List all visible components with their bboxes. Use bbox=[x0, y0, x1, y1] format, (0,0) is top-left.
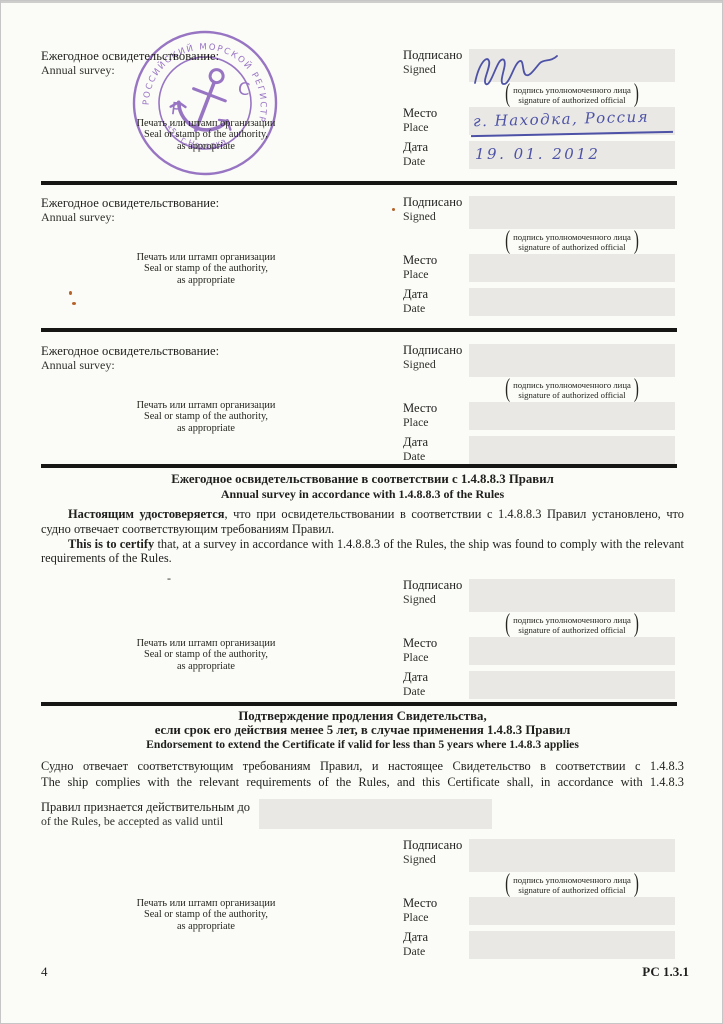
section-divider bbox=[41, 702, 677, 706]
place-label: Место Place bbox=[403, 637, 469, 665]
place-ru: Место bbox=[403, 254, 469, 268]
place-en: Place bbox=[403, 911, 469, 925]
signed-en: Signed bbox=[403, 593, 469, 607]
certify-paragraph-en: This is to certify that, at a survey in … bbox=[41, 537, 684, 567]
sign-block-1: Подписано Signed ( подпись уполномоченно… bbox=[403, 49, 675, 171]
signed-ru: Подписано bbox=[403, 839, 469, 853]
extension-title-ru-1: Подтверждение продления Свидетельства, bbox=[41, 709, 684, 724]
signed-en: Signed bbox=[403, 63, 469, 77]
place-ru: Место bbox=[403, 637, 469, 651]
place-ru: Место bbox=[403, 402, 469, 416]
place-en: Place bbox=[403, 121, 469, 135]
signed-field[interactable] bbox=[469, 344, 675, 377]
place-label: Место Place bbox=[403, 254, 469, 282]
date-ru: Дата bbox=[403, 931, 469, 945]
extension-body-en: The ship complies with the relevant requ… bbox=[41, 775, 684, 791]
place-en: Place bbox=[403, 651, 469, 665]
date-en: Date bbox=[403, 945, 469, 959]
signature-note: ( подпись уполномоченного лица signature… bbox=[469, 876, 675, 895]
seal-hint-en1: Seal or stamp of the authority, bbox=[86, 129, 326, 140]
seal-hint-ru: Печать или штамп организации bbox=[86, 118, 326, 129]
stamp-letter-s: С bbox=[237, 79, 251, 100]
seal-hint-ru: Печать или штамп организации bbox=[86, 400, 326, 411]
place-ru: Место bbox=[403, 107, 469, 121]
signed-label: Подписано Signed bbox=[403, 579, 469, 612]
valid-until-en: of the Rules, be accepted as valid until bbox=[41, 814, 256, 828]
date-ru: Дата bbox=[403, 671, 469, 685]
extension-paragraph: Судно отвечает соответствующим требовани… bbox=[41, 759, 684, 790]
date-label: Дата Date bbox=[403, 931, 469, 959]
extension-title-ru-2: если срок его действия менее 5 лет, в сл… bbox=[41, 723, 684, 738]
paren-close: ) bbox=[633, 611, 640, 641]
date-field[interactable] bbox=[469, 671, 675, 699]
date-ru: Дата bbox=[403, 436, 469, 450]
date-ru: Дата bbox=[403, 288, 469, 302]
place-en: Place bbox=[403, 416, 469, 430]
paren-open: ( bbox=[504, 228, 511, 258]
date-en: Date bbox=[403, 450, 469, 464]
valid-until-ru: Правил признается действительным до bbox=[41, 800, 256, 814]
annual-survey-en: Annual survey: bbox=[41, 210, 301, 224]
seal-hint-5: Печать или штамп организации Seal or sta… bbox=[86, 898, 326, 932]
paren-close: ) bbox=[633, 228, 640, 258]
place-field[interactable] bbox=[469, 637, 675, 665]
sign-note-en: signature of authorized official bbox=[518, 243, 625, 253]
dirt-speck bbox=[69, 291, 72, 295]
place-label: Место Place bbox=[403, 897, 469, 925]
seal-hint-en2: as appropriate bbox=[86, 141, 326, 152]
date-ru: Дата bbox=[403, 141, 469, 155]
seal-hint-en2: as appropriate bbox=[86, 275, 326, 286]
date-en: Date bbox=[403, 302, 469, 316]
seal-hint-ru: Печать или штамп организации bbox=[86, 638, 326, 649]
seal-hint-en2: as appropriate bbox=[86, 921, 326, 932]
seal-hint-en1: Seal or stamp of the authority, bbox=[86, 411, 326, 422]
paren-close: ) bbox=[633, 376, 640, 406]
seal-hint-en2: as appropriate bbox=[86, 423, 326, 434]
form-code: РС 1.3.1 bbox=[642, 964, 689, 980]
date-label: Дата Date bbox=[403, 288, 469, 316]
date-en: Date bbox=[403, 685, 469, 699]
extension-body-ru: Судно отвечает соответствующим требовани… bbox=[41, 759, 684, 775]
signature-note: ( подпись уполномоченного лица signature… bbox=[469, 381, 675, 400]
signed-ru: Подписано bbox=[403, 344, 469, 358]
seal-hint-ru: Печать или штамп организации bbox=[86, 252, 326, 263]
seal-hint-en1: Seal or stamp of the authority, bbox=[86, 909, 326, 920]
signature-note: ( подпись уполномоченного лица signature… bbox=[469, 233, 675, 252]
sign-note-en: signature of authorized official bbox=[518, 391, 625, 401]
place-label: Место Place bbox=[403, 107, 469, 135]
signed-field[interactable] bbox=[469, 839, 675, 872]
section-divider bbox=[41, 181, 677, 185]
signed-en: Signed bbox=[403, 853, 469, 867]
signature-scribble bbox=[469, 51, 564, 91]
signed-en: Signed bbox=[403, 358, 469, 372]
extension-title-en: Endorsement to extend the Certificate if… bbox=[41, 738, 684, 751]
place-field[interactable] bbox=[469, 254, 675, 282]
sign-block-2: Подписано Signed ( подпись уполномоченно… bbox=[403, 196, 675, 318]
signed-label: Подписано Signed bbox=[403, 49, 469, 82]
dirt-speck bbox=[72, 302, 76, 305]
section-divider bbox=[41, 464, 677, 468]
paren-open: ( bbox=[504, 611, 511, 641]
place-field[interactable] bbox=[469, 402, 675, 430]
annual-survey-ru: Ежегодное освидетельствование: bbox=[41, 196, 301, 210]
sign-block-4: Подписано Signed ( подпись уполномоченно… bbox=[403, 579, 675, 701]
sign-block-3: Подписано Signed ( подпись уполномоченно… bbox=[403, 344, 675, 466]
annual-survey-label-2: Ежегодное освидетельствование: Annual su… bbox=[41, 196, 301, 224]
date-field[interactable] bbox=[469, 436, 675, 464]
valid-until-field[interactable] bbox=[259, 799, 492, 829]
certify-paragraph: Настоящим удостоверяется, что при освиде… bbox=[41, 507, 684, 566]
registry-stamp: РОССИЙСКИЙ МОРСКОЙ РЕГИСТР СУДОХОДСТВА «… bbox=[121, 19, 288, 186]
date-label: Дата Date bbox=[403, 141, 469, 169]
paren-open: ( bbox=[504, 376, 511, 406]
section-title-ru: Ежегодное освидетельствование в соответс… bbox=[41, 472, 684, 487]
signed-label: Подписано Signed bbox=[403, 344, 469, 377]
signed-en: Signed bbox=[403, 210, 469, 224]
annual-survey-ru: Ежегодное освидетельствование: bbox=[41, 344, 301, 358]
certify-paragraph-ru: Настоящим удостоверяется, что при освиде… bbox=[41, 507, 684, 537]
dirt-speck bbox=[392, 208, 395, 211]
date-label: Дата Date bbox=[403, 436, 469, 464]
place-label: Место Place bbox=[403, 402, 469, 430]
signed-label: Подписано Signed bbox=[403, 196, 469, 229]
sign-note-en: signature of authorized official bbox=[518, 626, 625, 636]
stamp-arc-top-text: РОССИЙСКИЙ МОРСКОЙ РЕГИСТР СУДОХОДСТВА bbox=[124, 19, 277, 124]
seal-hint-en2: as appropriate bbox=[86, 661, 326, 672]
signed-ru: Подписано bbox=[403, 196, 469, 210]
page-number: 4 bbox=[41, 964, 48, 980]
date-label: Дата Date bbox=[403, 671, 469, 699]
certify-lead-en: This is to certify bbox=[68, 537, 154, 551]
section-divider bbox=[41, 328, 677, 332]
signed-field[interactable] bbox=[469, 196, 675, 229]
signature-note: ( подпись уполномоченного лица signature… bbox=[469, 616, 675, 635]
valid-until-label: Правил признается действительным до of t… bbox=[41, 800, 256, 828]
date-en: Date bbox=[403, 155, 469, 169]
signed-ru: Подписано bbox=[403, 579, 469, 593]
place-en: Place bbox=[403, 268, 469, 282]
place-field[interactable] bbox=[469, 897, 675, 925]
seal-hint-en1: Seal or stamp of the authority, bbox=[86, 649, 326, 660]
seal-hint-3: Печать или штамп организации Seal or sta… bbox=[86, 400, 326, 434]
sign-note-en: signature of authorized official bbox=[518, 886, 625, 896]
certificate-page: Ежегодное освидетельствование: Annual su… bbox=[0, 0, 723, 1024]
seal-hint-ru: Печать или штамп организации bbox=[86, 898, 326, 909]
certify-lead-ru: Настоящим удостоверяется bbox=[68, 507, 224, 521]
section-title-en: Annual survey in accordance with 1.4.8.8… bbox=[41, 487, 684, 502]
annual-survey-en: Annual survey: bbox=[41, 358, 301, 372]
scan-edge bbox=[1, 1, 722, 3]
seal-hint-2: Печать или штамп организации Seal or sta… bbox=[86, 252, 326, 286]
signed-field[interactable] bbox=[469, 579, 675, 612]
date-field[interactable] bbox=[469, 288, 675, 316]
annual-survey-label-3: Ежегодное освидетельствование: Annual su… bbox=[41, 344, 301, 372]
date-field[interactable] bbox=[469, 931, 675, 959]
sign-block-5: Подписано Signed ( подпись уполномоченно… bbox=[403, 839, 675, 961]
handwritten-date: 19. 01. 2012 bbox=[475, 145, 600, 163]
paren-close: ) bbox=[633, 871, 640, 901]
place-ru: Место bbox=[403, 897, 469, 911]
signed-label: Подписано Signed bbox=[403, 839, 469, 872]
paren-close: ) bbox=[633, 81, 640, 111]
seal-hint-4: Печать или штамп организации Seal or sta… bbox=[86, 638, 326, 672]
signed-ru: Подписано bbox=[403, 49, 469, 63]
seal-hint-1: Печать или штамп организации Seal or sta… bbox=[86, 118, 326, 152]
stray-mark: - bbox=[167, 571, 171, 586]
seal-hint-en1: Seal or stamp of the authority, bbox=[86, 263, 326, 274]
sign-note-en: signature of authorized official bbox=[518, 96, 625, 106]
paren-open: ( bbox=[504, 871, 511, 901]
